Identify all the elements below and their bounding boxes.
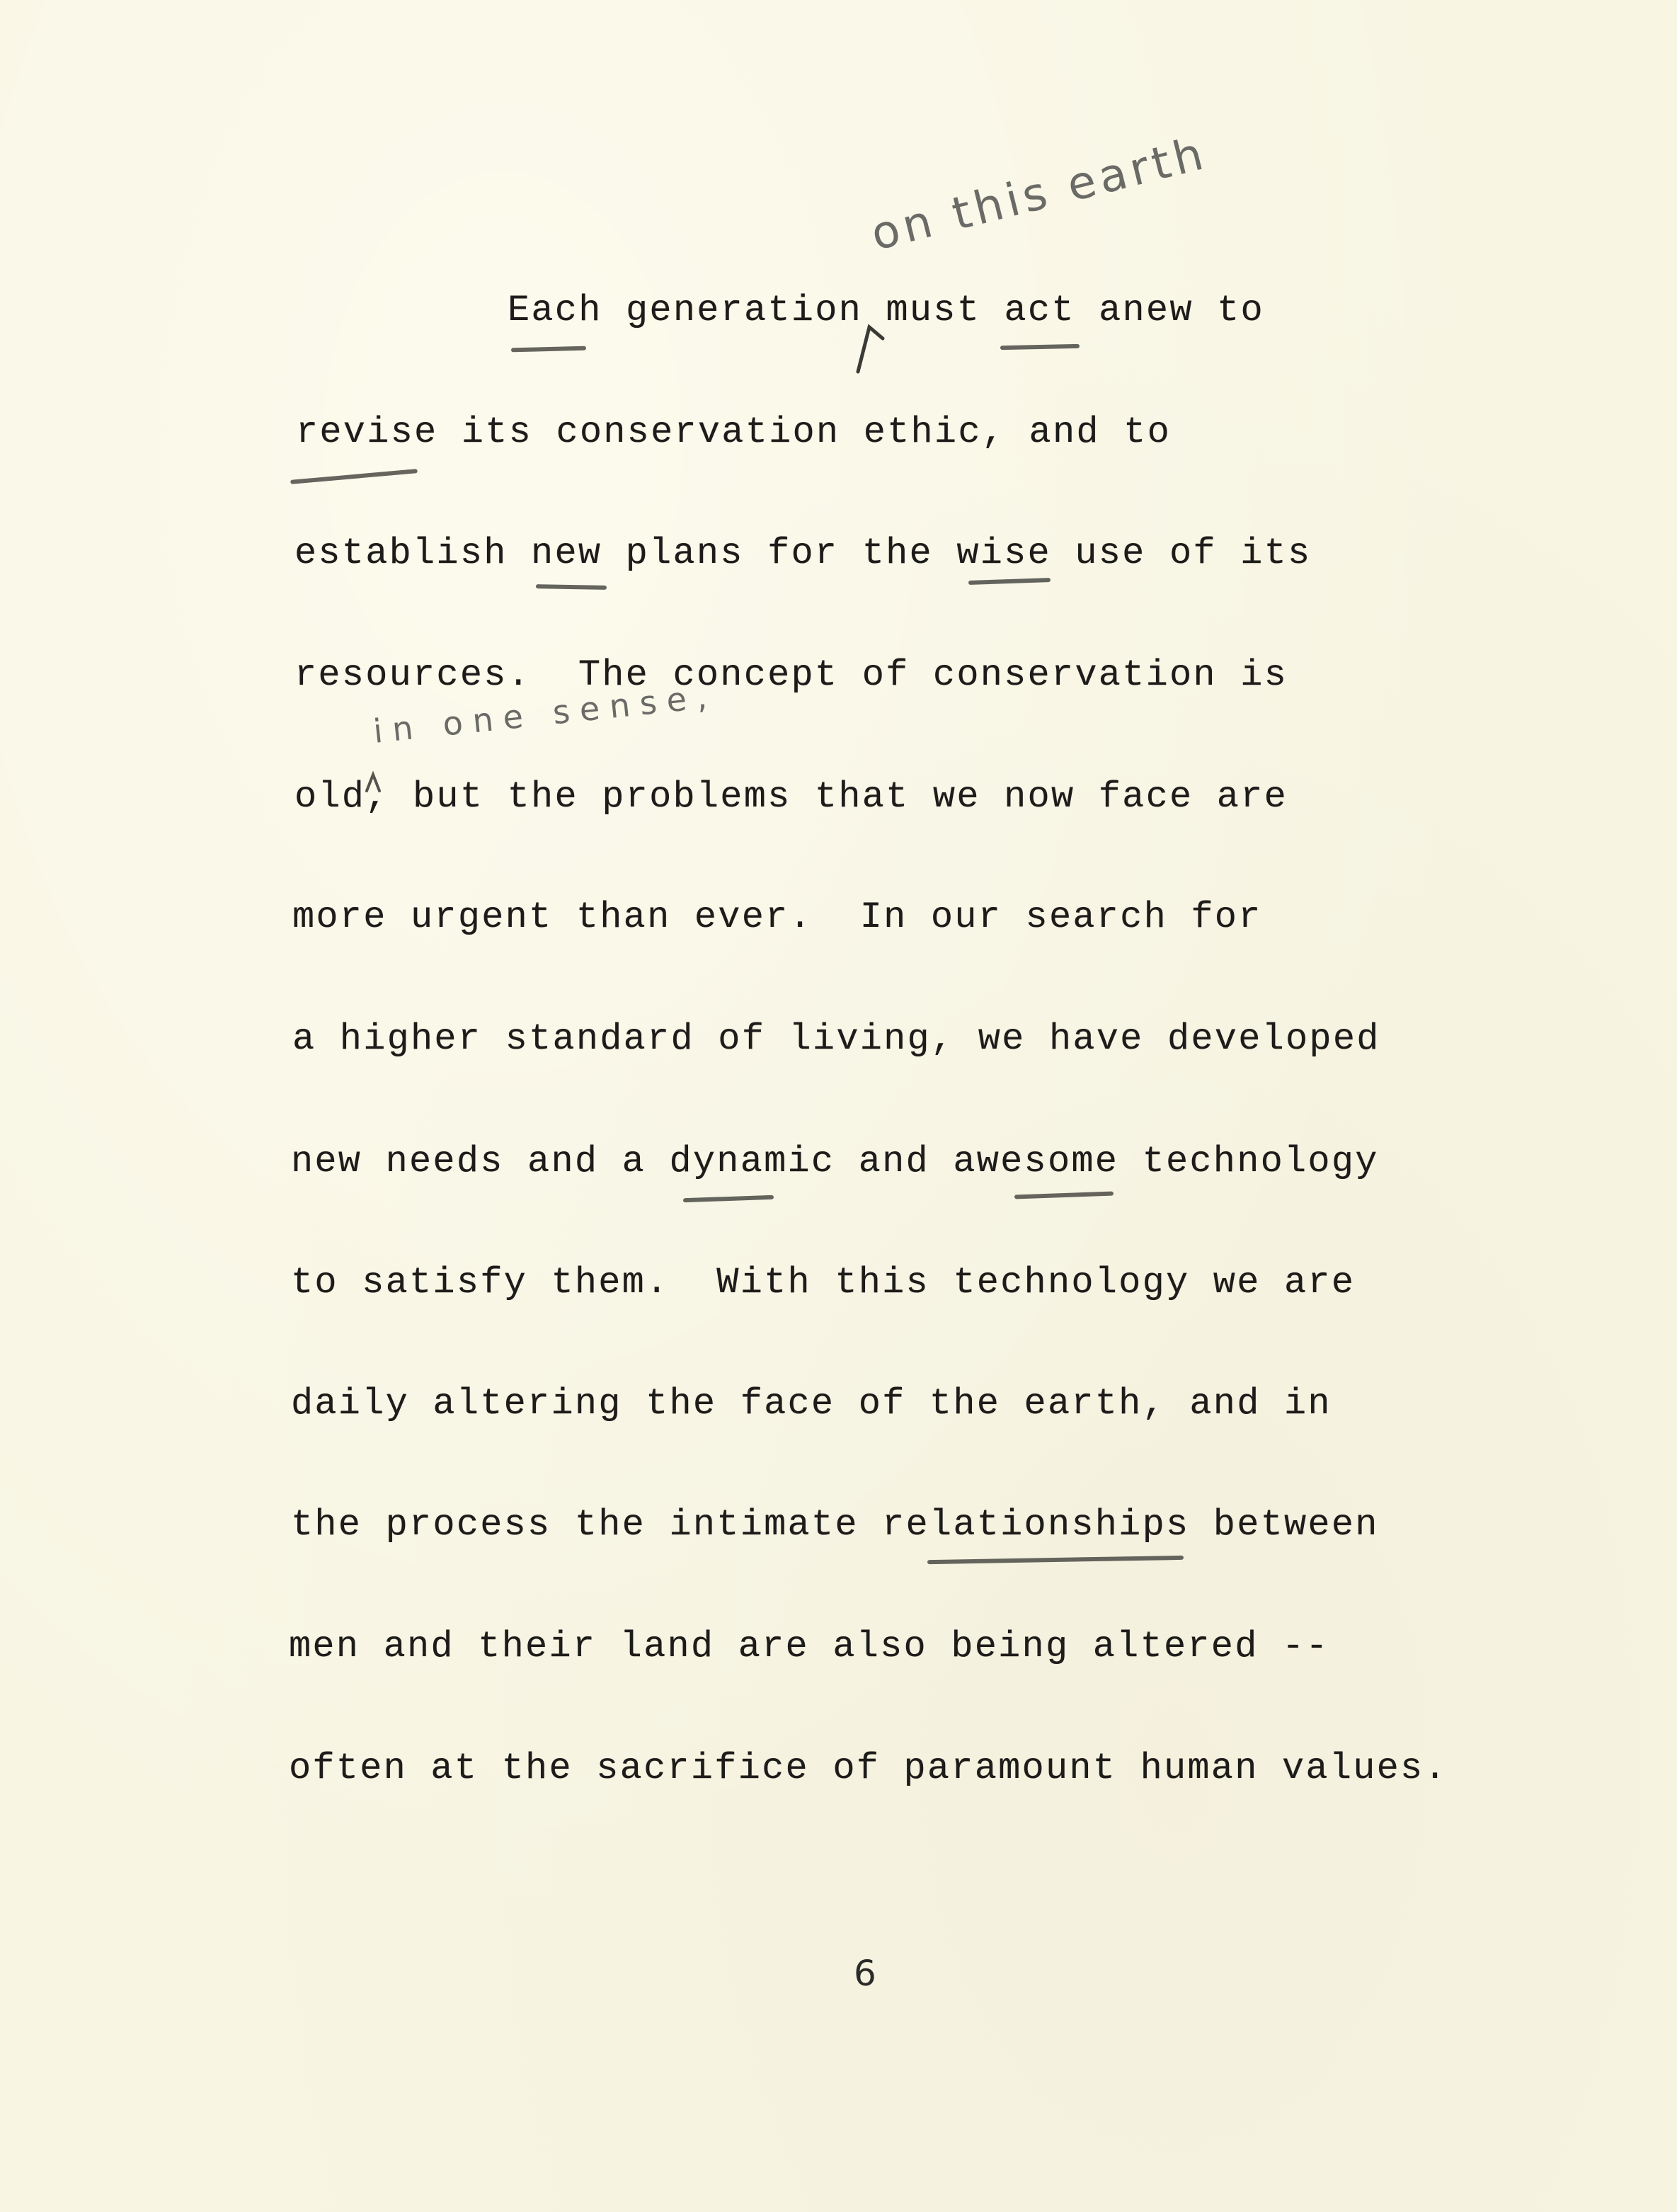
page-number: 6 (854, 1953, 876, 1994)
handwritten-marks (0, 0, 1677, 2212)
insertion-caret-1 (858, 327, 883, 372)
insertion-caret-2 (367, 775, 379, 791)
